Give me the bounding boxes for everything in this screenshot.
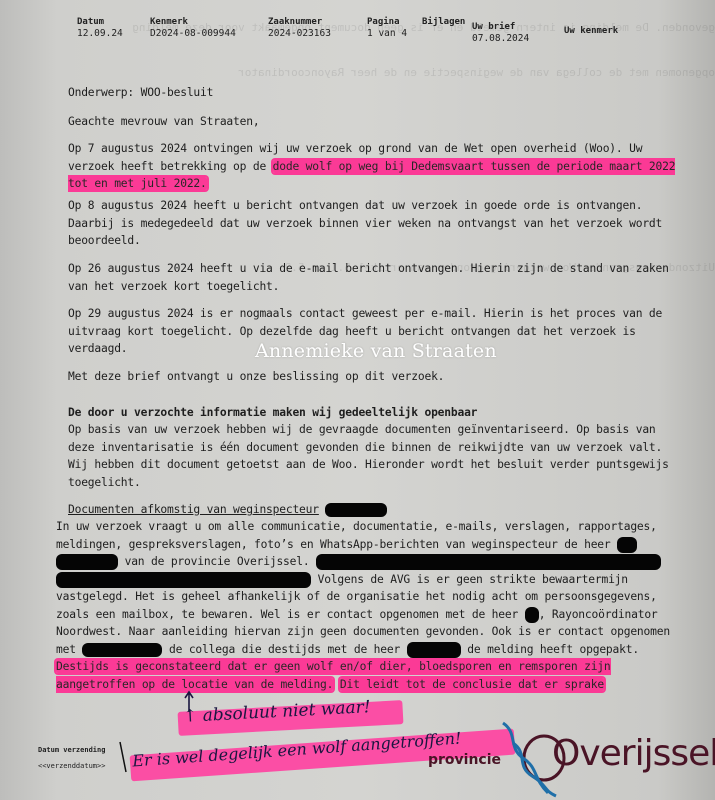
redaction: [617, 537, 637, 553]
datum-verzending-value: <<verzenddatum>>: [38, 762, 105, 770]
letter-page: gevonden. De melding is intern gemeld en…: [0, 0, 715, 800]
salutation: Geachte mevrouw van Straaten,: [68, 113, 685, 131]
redaction: [525, 607, 539, 623]
redaction: [316, 554, 661, 570]
redaction: [82, 643, 162, 657]
paragraph-inventory: Op basis van uw verzoek hebben wij de ge…: [68, 421, 685, 491]
watermark-text: Annemieke van Straaten: [255, 340, 497, 362]
redaction: [407, 642, 461, 658]
header-uw-kenmerk: Uw kenmerk: [564, 25, 618, 37]
logo-prefix: provincie: [428, 752, 501, 768]
subject: Onderwerp: WOO-besluit: [68, 84, 685, 102]
paragraph-decision: Met deze brief ontvangt u onze beslissin…: [68, 368, 685, 386]
header-bijlagen: Bijlagen: [422, 16, 465, 28]
redaction: [325, 503, 387, 517]
redaction: [56, 554, 118, 570]
bleed-through: opgenomen met de collega van de weginspe…: [60, 65, 715, 80]
section-heading: De door u verzochte informatie maken wij…: [68, 404, 685, 422]
datum-verzending-label: Datum verzending: [38, 746, 105, 754]
header-pagina: Pagina 1 van 4: [367, 16, 407, 40]
logo-name: Overijssel: [552, 733, 715, 774]
paragraph-email-update: Op 26 augustus 2024 heeft u via de e-mai…: [68, 260, 685, 295]
bracket-mark-icon: [118, 740, 128, 774]
paragraph-confirmation: Op 8 augustus 2024 heeft u bericht ontva…: [68, 197, 685, 250]
header-zaaknummer: Zaaknummer 2024-023163: [268, 16, 331, 40]
redaction: [56, 572, 311, 588]
header-kenmerk: Kenmerk D2024-08-009944: [150, 16, 236, 40]
header-uw-brief: Uw brief 07.08.2024: [472, 21, 529, 45]
subheading-documents: Documenten afkomstig van weginspecteur: [68, 501, 685, 519]
paragraph-request-received: Op 7 augustus 2024 ontvingen wij uw verz…: [68, 140, 685, 193]
header-datum: Datum 12.09.24: [77, 16, 123, 40]
arrow-up-icon: [183, 690, 195, 714]
paragraph-documents: In uw verzoek vraagt u om alle communica…: [56, 518, 685, 693]
